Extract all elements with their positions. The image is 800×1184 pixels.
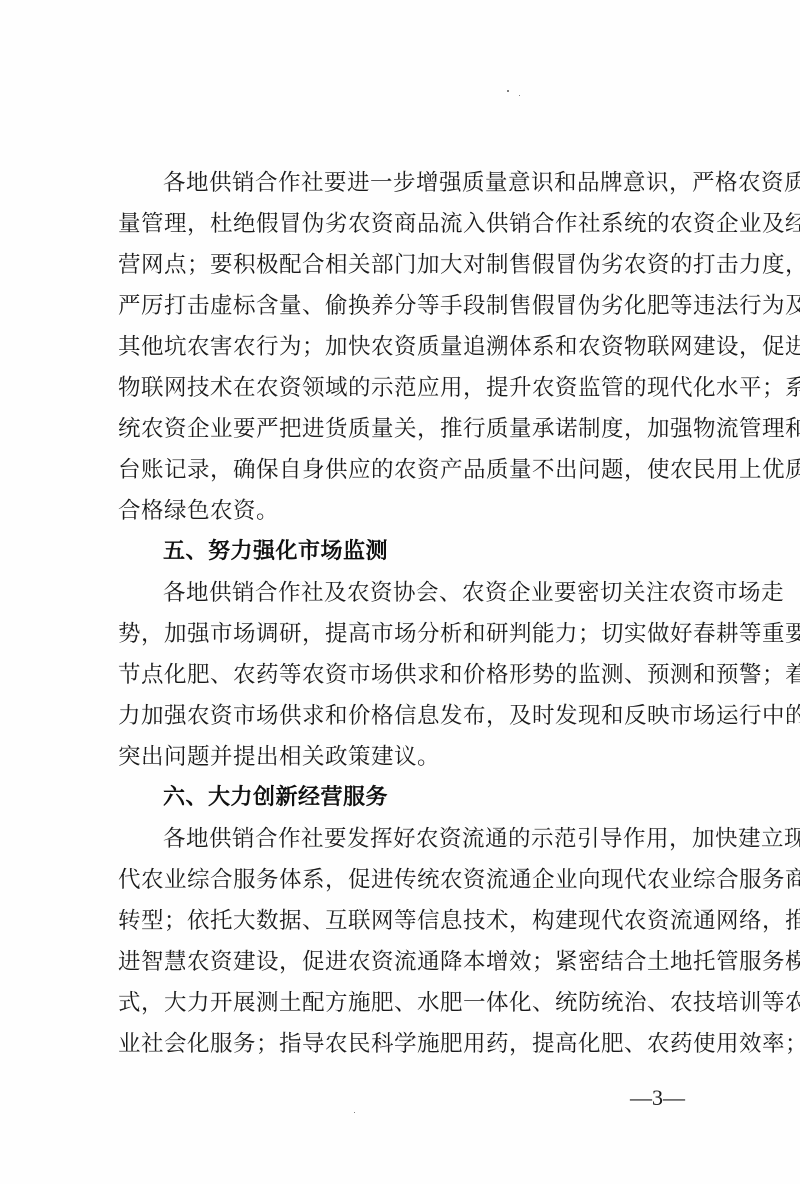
section-6-line-2: 代农业综合服务体系，促进传统农资流通企业向现代农业综合服务商 xyxy=(118,860,680,900)
page-number: —3— xyxy=(630,1083,685,1113)
section-6-line-3: 转型；依托大数据、互联网等信息技术，构建现代农资流通网络，推 xyxy=(118,901,680,941)
paragraph-1-line-6: 物联网技术在农资领域的示范应用，提升农资监管的现代化水平；系 xyxy=(118,368,680,408)
scan-speck xyxy=(519,95,520,96)
section-6-line-6: 业社会化服务；指导农民科学施肥用药，提高化肥、农药使用效率； xyxy=(118,1024,680,1064)
paragraph-1-line-4: 严厉打击虚标含量、偷换养分等手段制售假冒伪劣化肥等违法行为及 xyxy=(118,286,680,326)
section-5-line-3: 节点化肥、农药等农资市场供求和价格形势的监测、预测和预警；着 xyxy=(118,655,680,695)
document-page: 各地供销合作社要进一步增强质量意识和品牌意识，严格农资质 量管理，杜绝假冒伪劣农… xyxy=(0,0,800,1184)
paragraph-1-line-8: 台账记录，确保自身供应的农资产品质量不出问题，使农民用上优质 xyxy=(118,450,680,490)
paragraph-1-line-5: 其他坑农害农行为；加快农资质量追溯体系和农资物联网建设，促进 xyxy=(118,327,680,367)
paragraph-1-line-9: 合格绿色农资。 xyxy=(118,491,680,531)
section-5-heading: 五、努力强化市场监测 xyxy=(163,532,388,572)
paragraph-1-line-3: 营网点；要积极配合相关部门加大对制售假冒伪劣农资的打击力度， xyxy=(118,245,680,285)
scan-speck xyxy=(354,1112,355,1113)
section-6-line-5: 式，大力开展测土配方施肥、水肥一体化、统防统治、农技培训等农 xyxy=(118,983,680,1023)
section-5-line-2: 势，加强市场调研，提高市场分析和研判能力；切实做好春耕等重要 xyxy=(118,614,680,654)
section-5-line-5: 突出问题并提出相关政策建议。 xyxy=(118,737,680,777)
section-6-line-1: 各地供销合作社要发挥好农资流通的示范引导作用，加快建立现 xyxy=(163,819,680,859)
section-5-line-1: 各地供销合作社及农资协会、农资企业要密切关注农资市场走 xyxy=(163,573,680,613)
paragraph-1-line-7: 统农资企业要严把进货质量关，推行质量承诺制度，加强物流管理和 xyxy=(118,409,680,449)
scan-speck xyxy=(507,90,509,92)
section-6-heading: 六、大力创新经营服务 xyxy=(163,778,388,818)
section-6-line-4: 进智慧农资建设，促进农资流通降本增效；紧密结合土地托管服务模 xyxy=(118,942,680,982)
paragraph-1-line-2: 量管理，杜绝假冒伪劣农资商品流入供销合作社系统的农资企业及经 xyxy=(118,204,680,244)
section-5-line-4: 力加强农资市场供求和价格信息发布，及时发现和反映市场运行中的 xyxy=(118,696,680,736)
paragraph-1-line-1: 各地供销合作社要进一步增强质量意识和品牌意识，严格农资质 xyxy=(163,163,680,203)
